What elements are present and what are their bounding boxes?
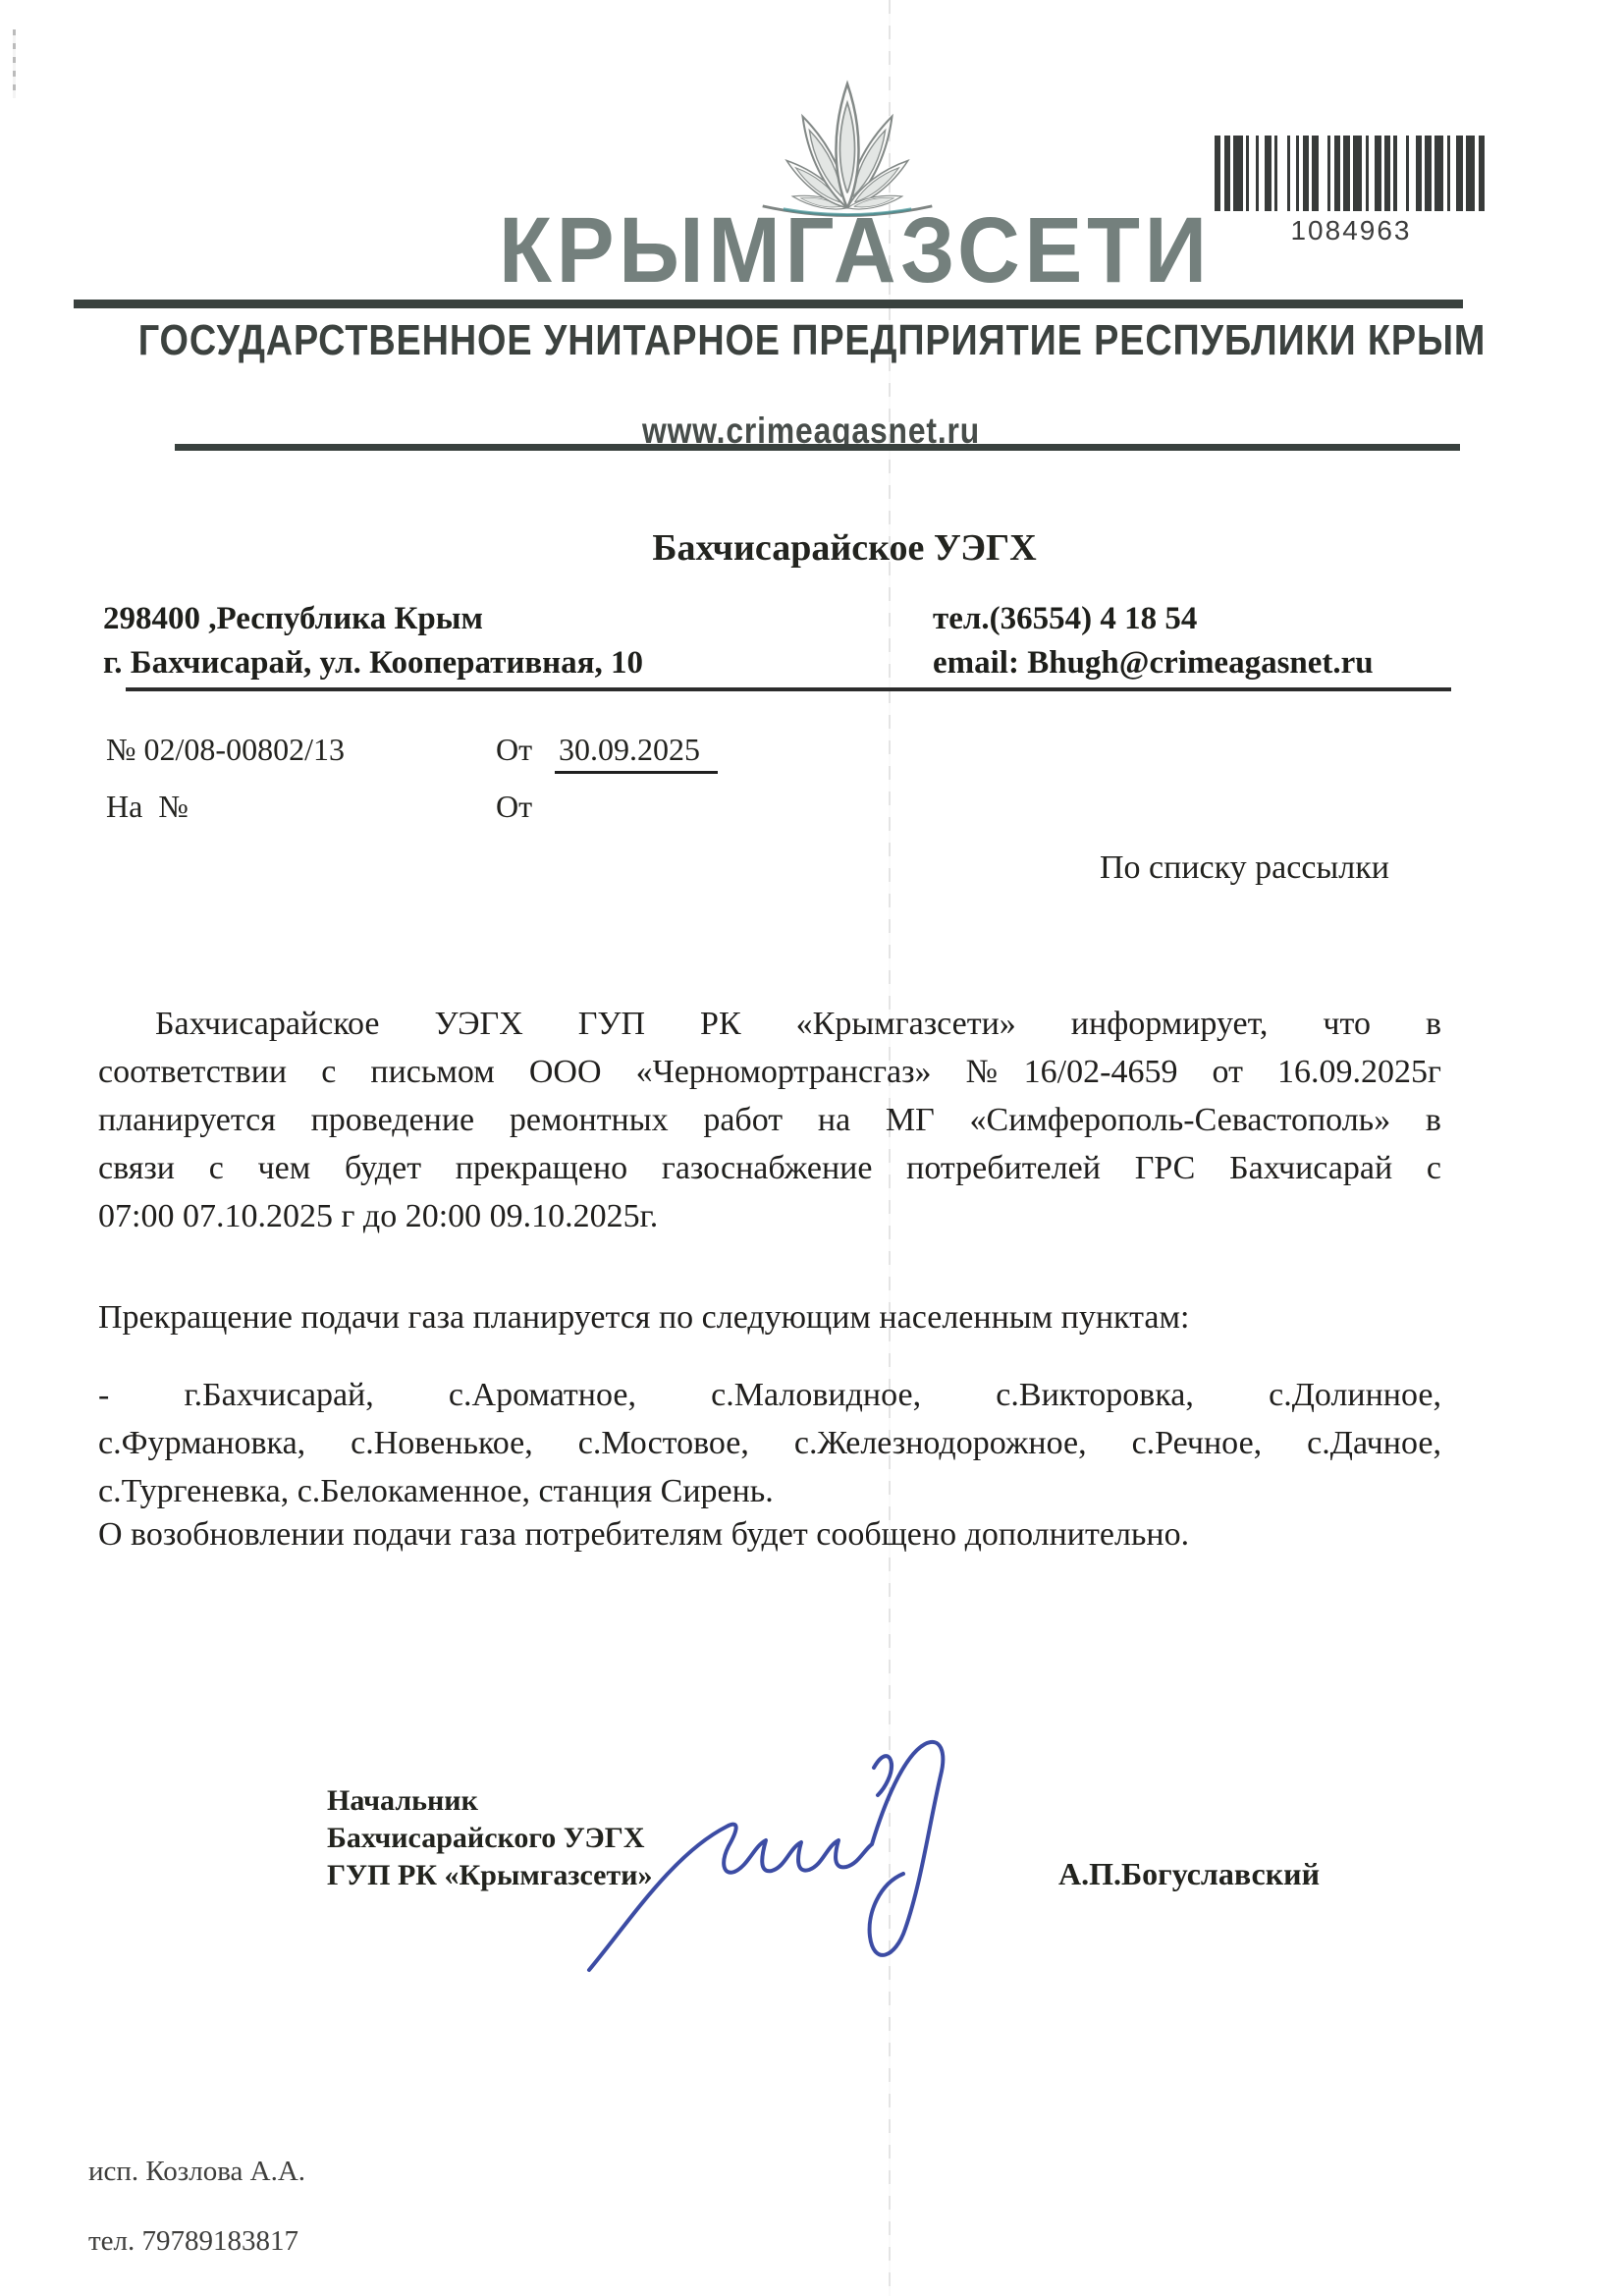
body-line: связи с чем будет прекращено газоснабжен… [98,1144,1441,1192]
executor-phone: тел. 79789183817 [88,2225,305,2258]
letterhead-rule-bottom [175,444,1460,451]
body-line: Бахчисарайское УЭГХ ГУП РК «Крымгазсети»… [98,1000,1441,1048]
settlements-line: - г.Бахчисарай, с.Ароматное, с.Маловидно… [98,1371,1441,1419]
reply-to-number-label: На № [106,789,189,825]
recipient-line: По списку рассылки [1100,849,1389,887]
body-line: Прекращение подачи газа планируется по с… [98,1293,1441,1341]
letterhead-rule-top [74,300,1463,308]
scan-edge-artifact [13,29,16,98]
executor-block: исп. Козлова А.А. тел. 79789183817 [88,2156,305,2258]
letter-date: 30.09.2025 [555,732,718,774]
settlements-line: с.Фурмановка, с.Новенькое, с.Мостовое, с… [98,1419,1441,1467]
address-divider-rule [126,687,1451,691]
handwritten-signature [579,1736,1051,1982]
outgoing-number: № 02/08-00802/13 [106,732,345,768]
from-label: От [496,732,532,768]
body-line: планируется проведение ремонтных работ н… [98,1096,1441,1144]
gov-enterprise-title: ГОСУДАРСТВЕННОЕ УНИТАРНОЕ ПРЕДПРИЯТИЕ РЕ… [0,316,1623,365]
address-block: 298400 ,Республика Крым г. Бахчисарай, у… [103,597,849,685]
signer-name: А.П.Богуславский [1058,1856,1320,1892]
settlements-paragraph: - г.Бахчисарай, с.Ароматное, с.Маловидно… [98,1371,1441,1515]
body-line: 07:00 07.10.2025 г до 20:00 09.10.2025г. [98,1192,1441,1240]
body-paragraph-1b: Прекращение подачи газа планируется по с… [98,1293,1441,1341]
executor-name: исп. Козлова А.А. [88,2156,305,2188]
settlements-line: с.Тургеневка, с.Белокаменное, станция Си… [98,1467,1441,1515]
branch-title: Бахчисарайское УЭГХ [59,526,1623,570]
scanned-letter-page: 1084963 КРЫМГАЗСЕТИ ГОСУДАРСТВЕННОЕ УНИТ… [0,0,1623,2296]
company-wordmark: КРЫМГАЗСЕТИ [499,204,1102,298]
closing-sentence: О возобновлении подачи газа потребителям… [98,1510,1441,1558]
address-line-1: 298400 ,Республика Крым [103,597,849,641]
closing-line: О возобновлении подачи газа потребителям… [98,1510,1441,1558]
body-line: соответствии с письмом ООО «Черномортран… [98,1048,1441,1096]
barcode-number: 1084963 [1215,215,1488,246]
phone-line: тел.(36554) 4 18 54 [933,597,1542,641]
contact-block: тел.(36554) 4 18 54 email: Bhugh@crimeag… [933,597,1542,685]
barcode [1215,136,1488,211]
body-paragraph-1: Бахчисарайское УЭГХ ГУП РК «Крымгазсети»… [98,1000,1441,1240]
gov-enterprise-title-text: ГОСУДАРСТВЕННОЕ УНИТАРНОЕ ПРЕДПРИЯТИЕ РЕ… [137,316,1486,365]
reply-from-label: От [496,789,532,825]
email-line: email: Bhugh@crimeagasnet.ru [933,641,1542,685]
address-line-2: г. Бахчисарай, ул. Кооперативная, 10 [103,641,849,685]
